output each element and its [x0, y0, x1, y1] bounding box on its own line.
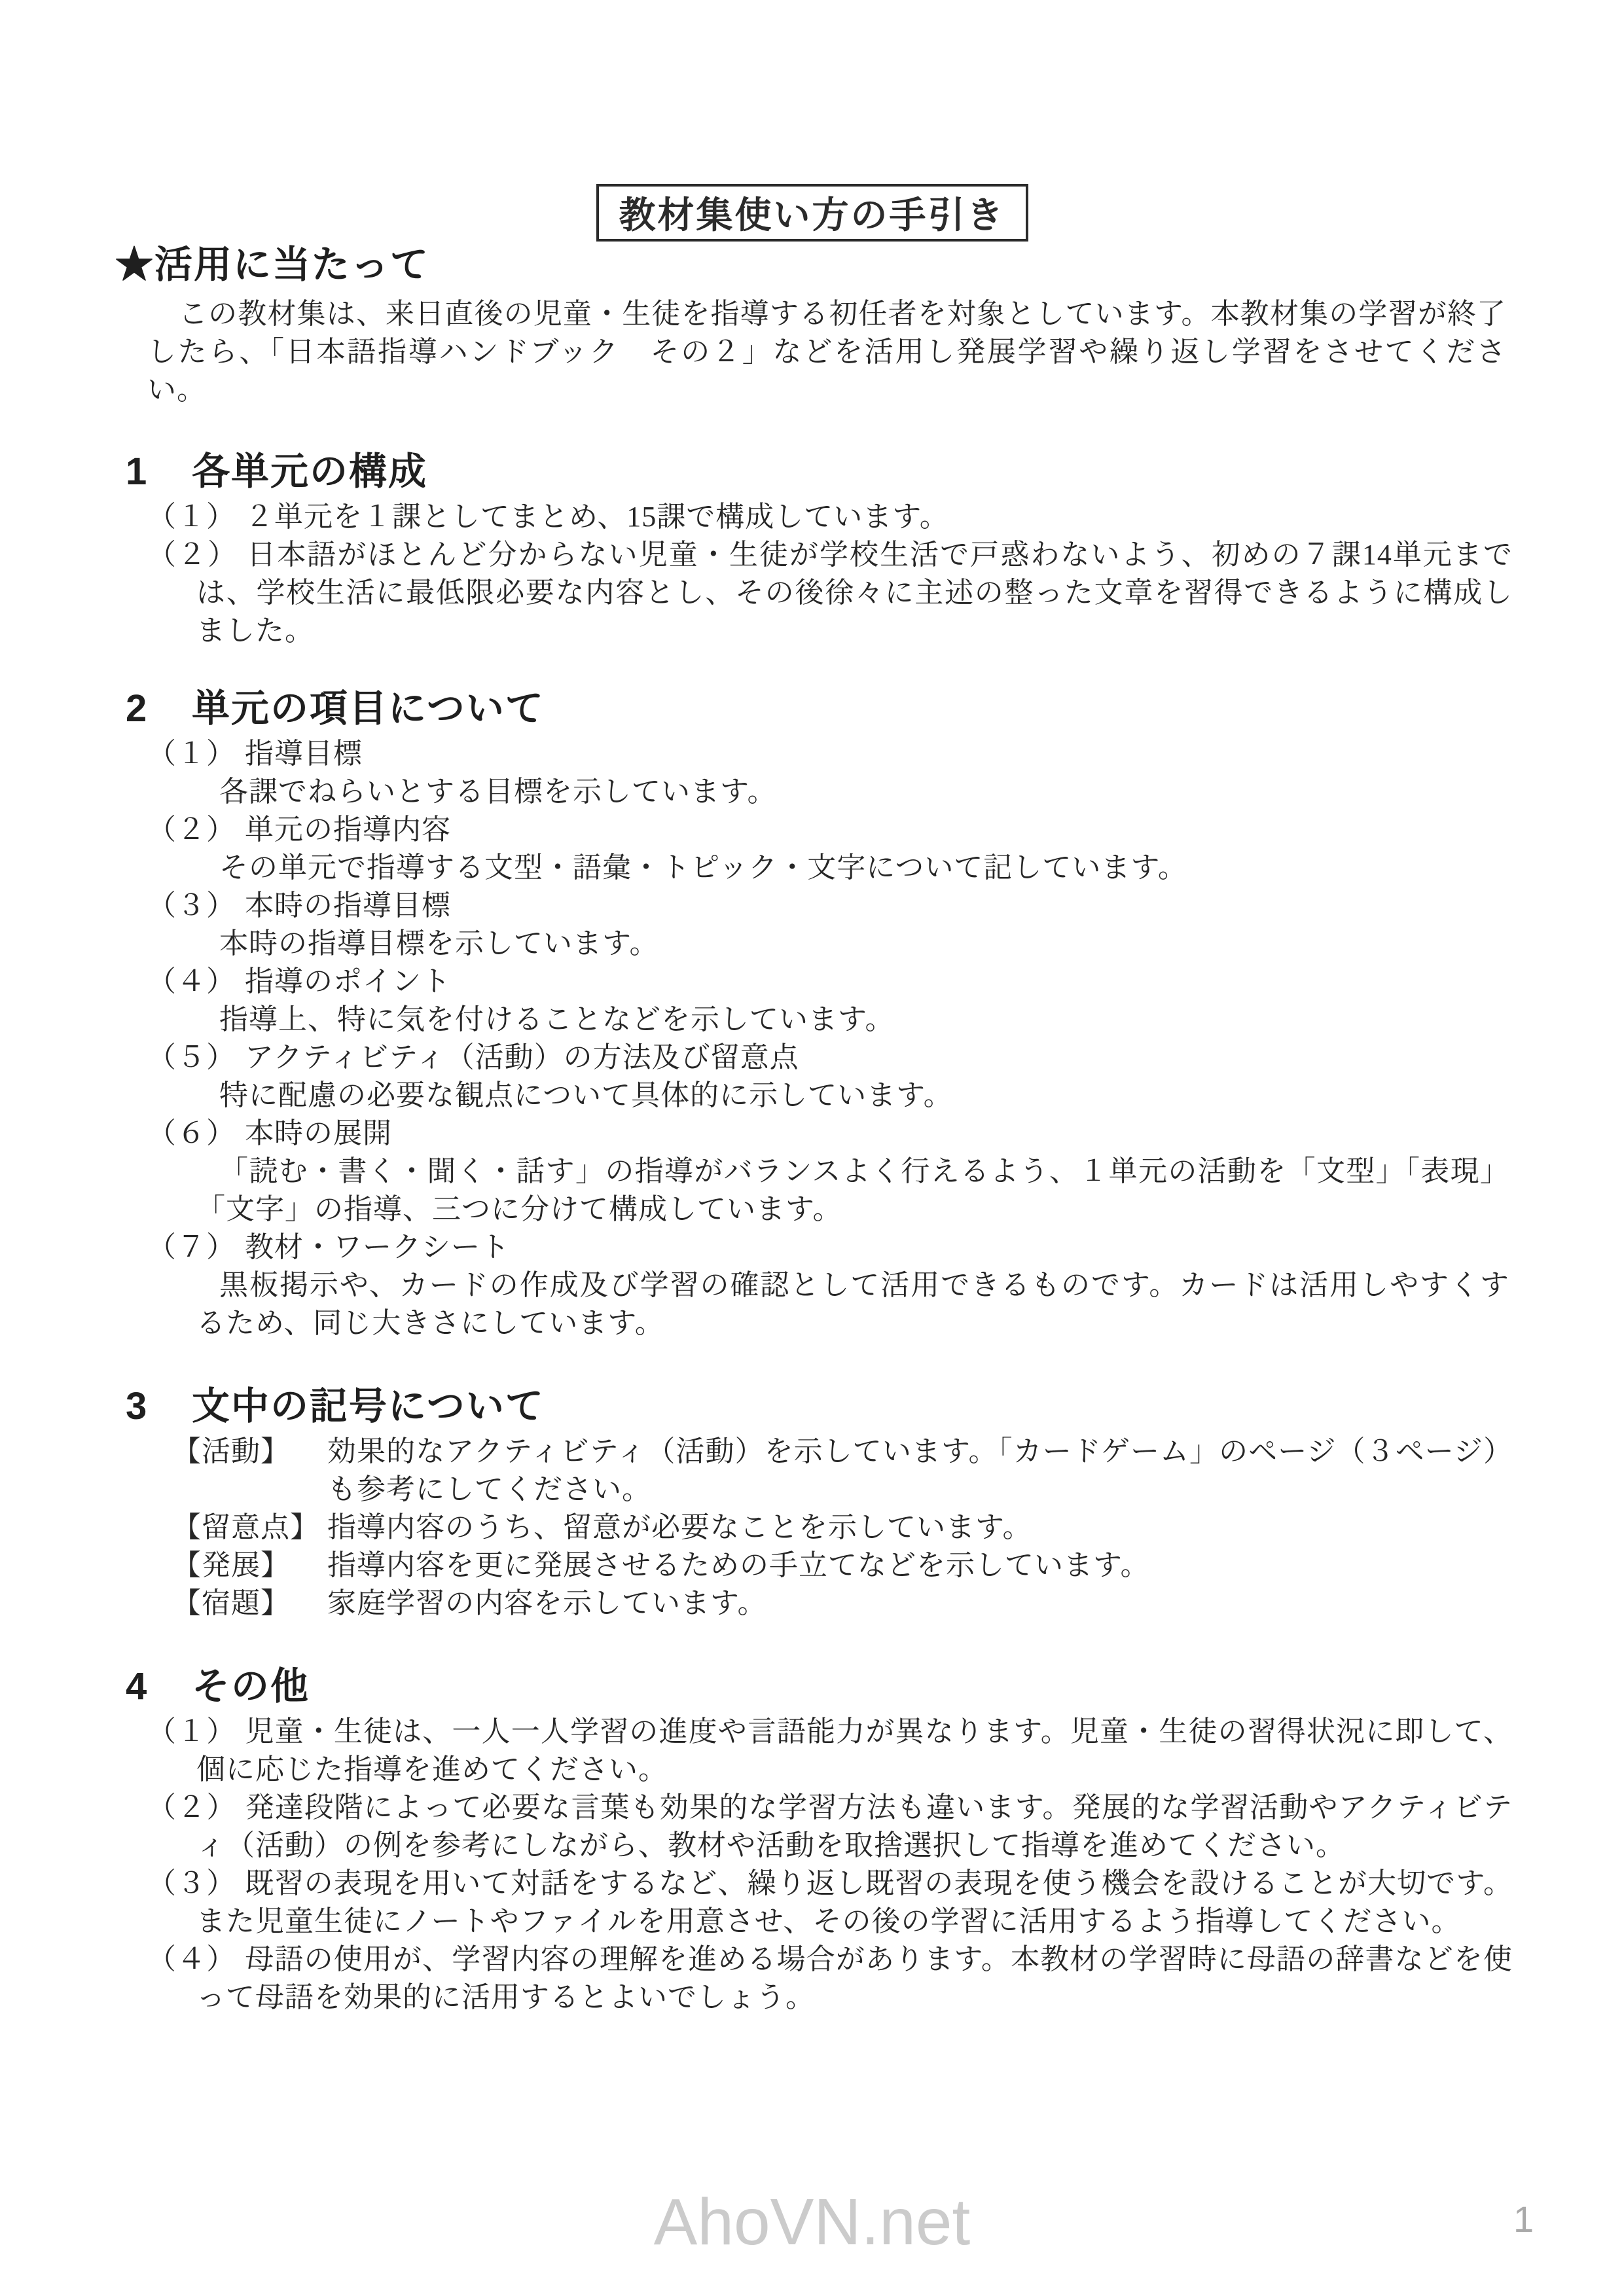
item-title-line: （１）指導目標	[147, 735, 1624, 773]
item-description: 指導上、特に気を付けることなどを示しています。	[196, 1001, 1509, 1039]
list-item: 【留意点】指導内容のうち、留意が必要なことを示しています。	[172, 1509, 1513, 1547]
list-item: （４）母語の使用が、学習内容の理解を進める場合があります。本教材の学習時に母語の…	[147, 1941, 1513, 2017]
item-label: （１）	[147, 1715, 236, 1748]
item-title-line: （４）指導のポイント	[147, 963, 1624, 1001]
list-item: （５）アクティビティ（活動）の方法及び留意点 特に配慮の必要な観点について具体的…	[0, 1039, 1624, 1115]
item-title: 単元の指導内容	[245, 814, 451, 846]
section-4-heading: 4その他	[126, 1666, 1624, 1708]
list-item: （６）本時の展開 「読む・書く・聞く・話す」の指導がバランスよく行えるよう、１単…	[0, 1115, 1624, 1229]
list-item: （３）既習の表現を用いて対話をするなど、繰り返し既習の表現を使う機会を設けること…	[147, 1865, 1513, 1941]
list-item: （２）単元の指導内容 その単元で指導する文型・語彙・トピック・文字について記して…	[0, 811, 1624, 887]
section-number: 2	[126, 688, 192, 730]
section-2-heading: 2単元の項目について	[126, 688, 1624, 730]
item-text: 母語の使用が、学習内容の理解を進める場合があります。本教材の学習時に母語の辞書な…	[196, 1943, 1513, 2013]
item-title: 教材・ワークシート	[245, 1231, 510, 1263]
item-label: （３）	[147, 1867, 236, 1899]
section-4-items: （１）児童・生徒は、一人一人学習の進度や言語能力が異なります。児童・生徒の習得状…	[0, 1713, 1624, 2017]
section-3-heading: 3文中の記号について	[126, 1386, 1624, 1427]
list-item: 【活動】効果的なアクティビティ（活動）を示しています。「カードゲーム」のページ（…	[172, 1433, 1513, 1509]
list-item: （２）発達段階によって必要な言葉も効果的な学習方法も違います。発展的な学習活動や…	[147, 1789, 1513, 1865]
item-label: （２）	[147, 1791, 236, 1823]
symbol-label: 【宿題】	[172, 1585, 327, 1623]
symbol-description: 家庭学習の内容を示しています。	[327, 1585, 1513, 1623]
symbol-label: 【留意点】	[172, 1509, 327, 1547]
item-label: （５）	[147, 1041, 236, 1073]
list-item: 【発展】指導内容を更に発展させるための手立てなどを示しています。	[172, 1547, 1513, 1585]
item-label: （７）	[147, 1231, 236, 1263]
section-2-items: （１）指導目標 各課でねらいとする目標を示しています。 （２）単元の指導内容 そ…	[0, 735, 1624, 1342]
item-description: 「読む・書く・聞く・話す」の指導がバランスよく行えるよう、１単元の活動を「文型」…	[196, 1153, 1509, 1229]
item-title-line: （７）教材・ワークシート	[147, 1229, 1624, 1266]
section-title: 単元の項目について	[192, 687, 545, 730]
item-label: （３）	[147, 889, 236, 922]
item-title: 指導のポイント	[245, 965, 451, 997]
intro-paragraph: この教材集は、来日直後の児童・生徒を指導する初任者を対象としています。本教材集の…	[147, 295, 1506, 409]
item-title: 本時の展開	[245, 1117, 392, 1149]
list-item: （４）指導のポイント 指導上、特に気を付けることなどを示しています。	[0, 963, 1624, 1039]
section-1-heading: 1各単元の構成	[126, 451, 1624, 493]
symbol-description: 指導内容を更に発展させるための手立てなどを示しています。	[327, 1547, 1513, 1585]
list-item: （１）児童・生徒は、一人一人学習の進度や言語能力が異なります。児童・生徒の習得状…	[147, 1713, 1513, 1789]
list-item: （２）日本語がほとんど分からない児童・生徒が学校生活で戸惑わないよう、初めの７課…	[147, 536, 1513, 650]
section-title: 各単元の構成	[192, 450, 427, 493]
symbol-description: 効果的なアクティビティ（活動）を示しています。「カードゲーム」のページ（３ページ…	[327, 1433, 1513, 1509]
item-label: （４）	[147, 965, 236, 997]
item-description: 各課でねらいとする目標を示しています。	[196, 773, 1509, 811]
item-title: アクティビティ（活動）の方法及び留意点	[245, 1041, 799, 1073]
symbol-label: 【活動】	[172, 1433, 327, 1509]
section-number: 3	[126, 1386, 192, 1427]
section-number: 1	[126, 451, 192, 493]
item-title-line: （３）本時の指導目標	[147, 887, 1624, 925]
section-title: その他	[192, 1665, 310, 1708]
item-title-line: （６）本時の展開	[147, 1115, 1624, 1153]
item-description: 本時の指導目標を示しています。	[196, 925, 1509, 963]
item-text: ２単元を１課としてまとめ、15課で構成しています。	[245, 501, 949, 533]
item-text: 日本語がほとんど分からない児童・生徒が学校生活で戸惑わないよう、初めの７課14単…	[196, 539, 1513, 647]
list-item: （１）２単元を１課としてまとめ、15課で構成しています。	[147, 498, 1513, 536]
item-label: （１）	[147, 501, 236, 533]
list-item: （１）指導目標 各課でねらいとする目標を示しています。	[0, 735, 1624, 811]
item-label: （４）	[147, 1943, 236, 1975]
document-title-box: 教材集使い方の手引き	[596, 184, 1028, 242]
watermark: AhoVN.net	[0, 2185, 1624, 2260]
item-text: 児童・生徒は、一人一人学習の進度や言語能力が異なります。児童・生徒の習得状況に即…	[196, 1715, 1513, 1785]
item-label: （６）	[147, 1117, 236, 1149]
section-number: 4	[126, 1666, 192, 1708]
list-item: （３）本時の指導目標 本時の指導目標を示しています。	[0, 887, 1624, 963]
item-description: 特に配慮の必要な観点について具体的に示しています。	[196, 1077, 1509, 1115]
intro-heading: ★活用に当たって	[115, 245, 1624, 285]
list-item: 【宿題】家庭学習の内容を示しています。	[172, 1585, 1513, 1623]
item-label: （２）	[147, 814, 236, 846]
item-description: その単元で指導する文型・語彙・トピック・文字について記しています。	[196, 849, 1509, 887]
item-title: 指導目標	[245, 738, 363, 770]
section-3-items: 【活動】効果的なアクティビティ（活動）を示しています。「カードゲーム」のページ（…	[0, 1433, 1624, 1623]
item-label: （１）	[147, 738, 236, 770]
item-text: 既習の表現を用いて対話をするなど、繰り返し既習の表現を使う機会を設けることが大切…	[196, 1867, 1513, 1937]
list-item: （７）教材・ワークシート 黒板掲示や、カードの作成及び学習の確認として活用できる…	[0, 1229, 1624, 1342]
item-label: （２）	[147, 539, 238, 571]
item-title: 本時の指導目標	[245, 889, 451, 922]
item-title-line: （２）単元の指導内容	[147, 811, 1624, 849]
section-1-items: （１）２単元を１課としてまとめ、15課で構成しています。 （２）日本語がほとんど…	[0, 498, 1624, 650]
document-page: 教材集使い方の手引き ★活用に当たって この教材集は、来日直後の児童・生徒を指導…	[0, 0, 1624, 2296]
page-number: 1	[1513, 2198, 1534, 2240]
symbol-label: 【発展】	[172, 1547, 327, 1585]
document-title: 教材集使い方の手引き	[619, 187, 1005, 239]
item-description: 黒板掲示や、カードの作成及び学習の確認として活用できるものです。カードは活用しや…	[196, 1266, 1509, 1342]
symbol-description: 指導内容のうち、留意が必要なことを示しています。	[327, 1509, 1513, 1547]
section-title: 文中の記号について	[192, 1385, 545, 1427]
item-title-line: （５）アクティビティ（活動）の方法及び留意点	[147, 1039, 1624, 1077]
item-text: 発達段階によって必要な言葉も効果的な学習方法も違います。発展的な学習活動やアクテ…	[196, 1791, 1513, 1861]
